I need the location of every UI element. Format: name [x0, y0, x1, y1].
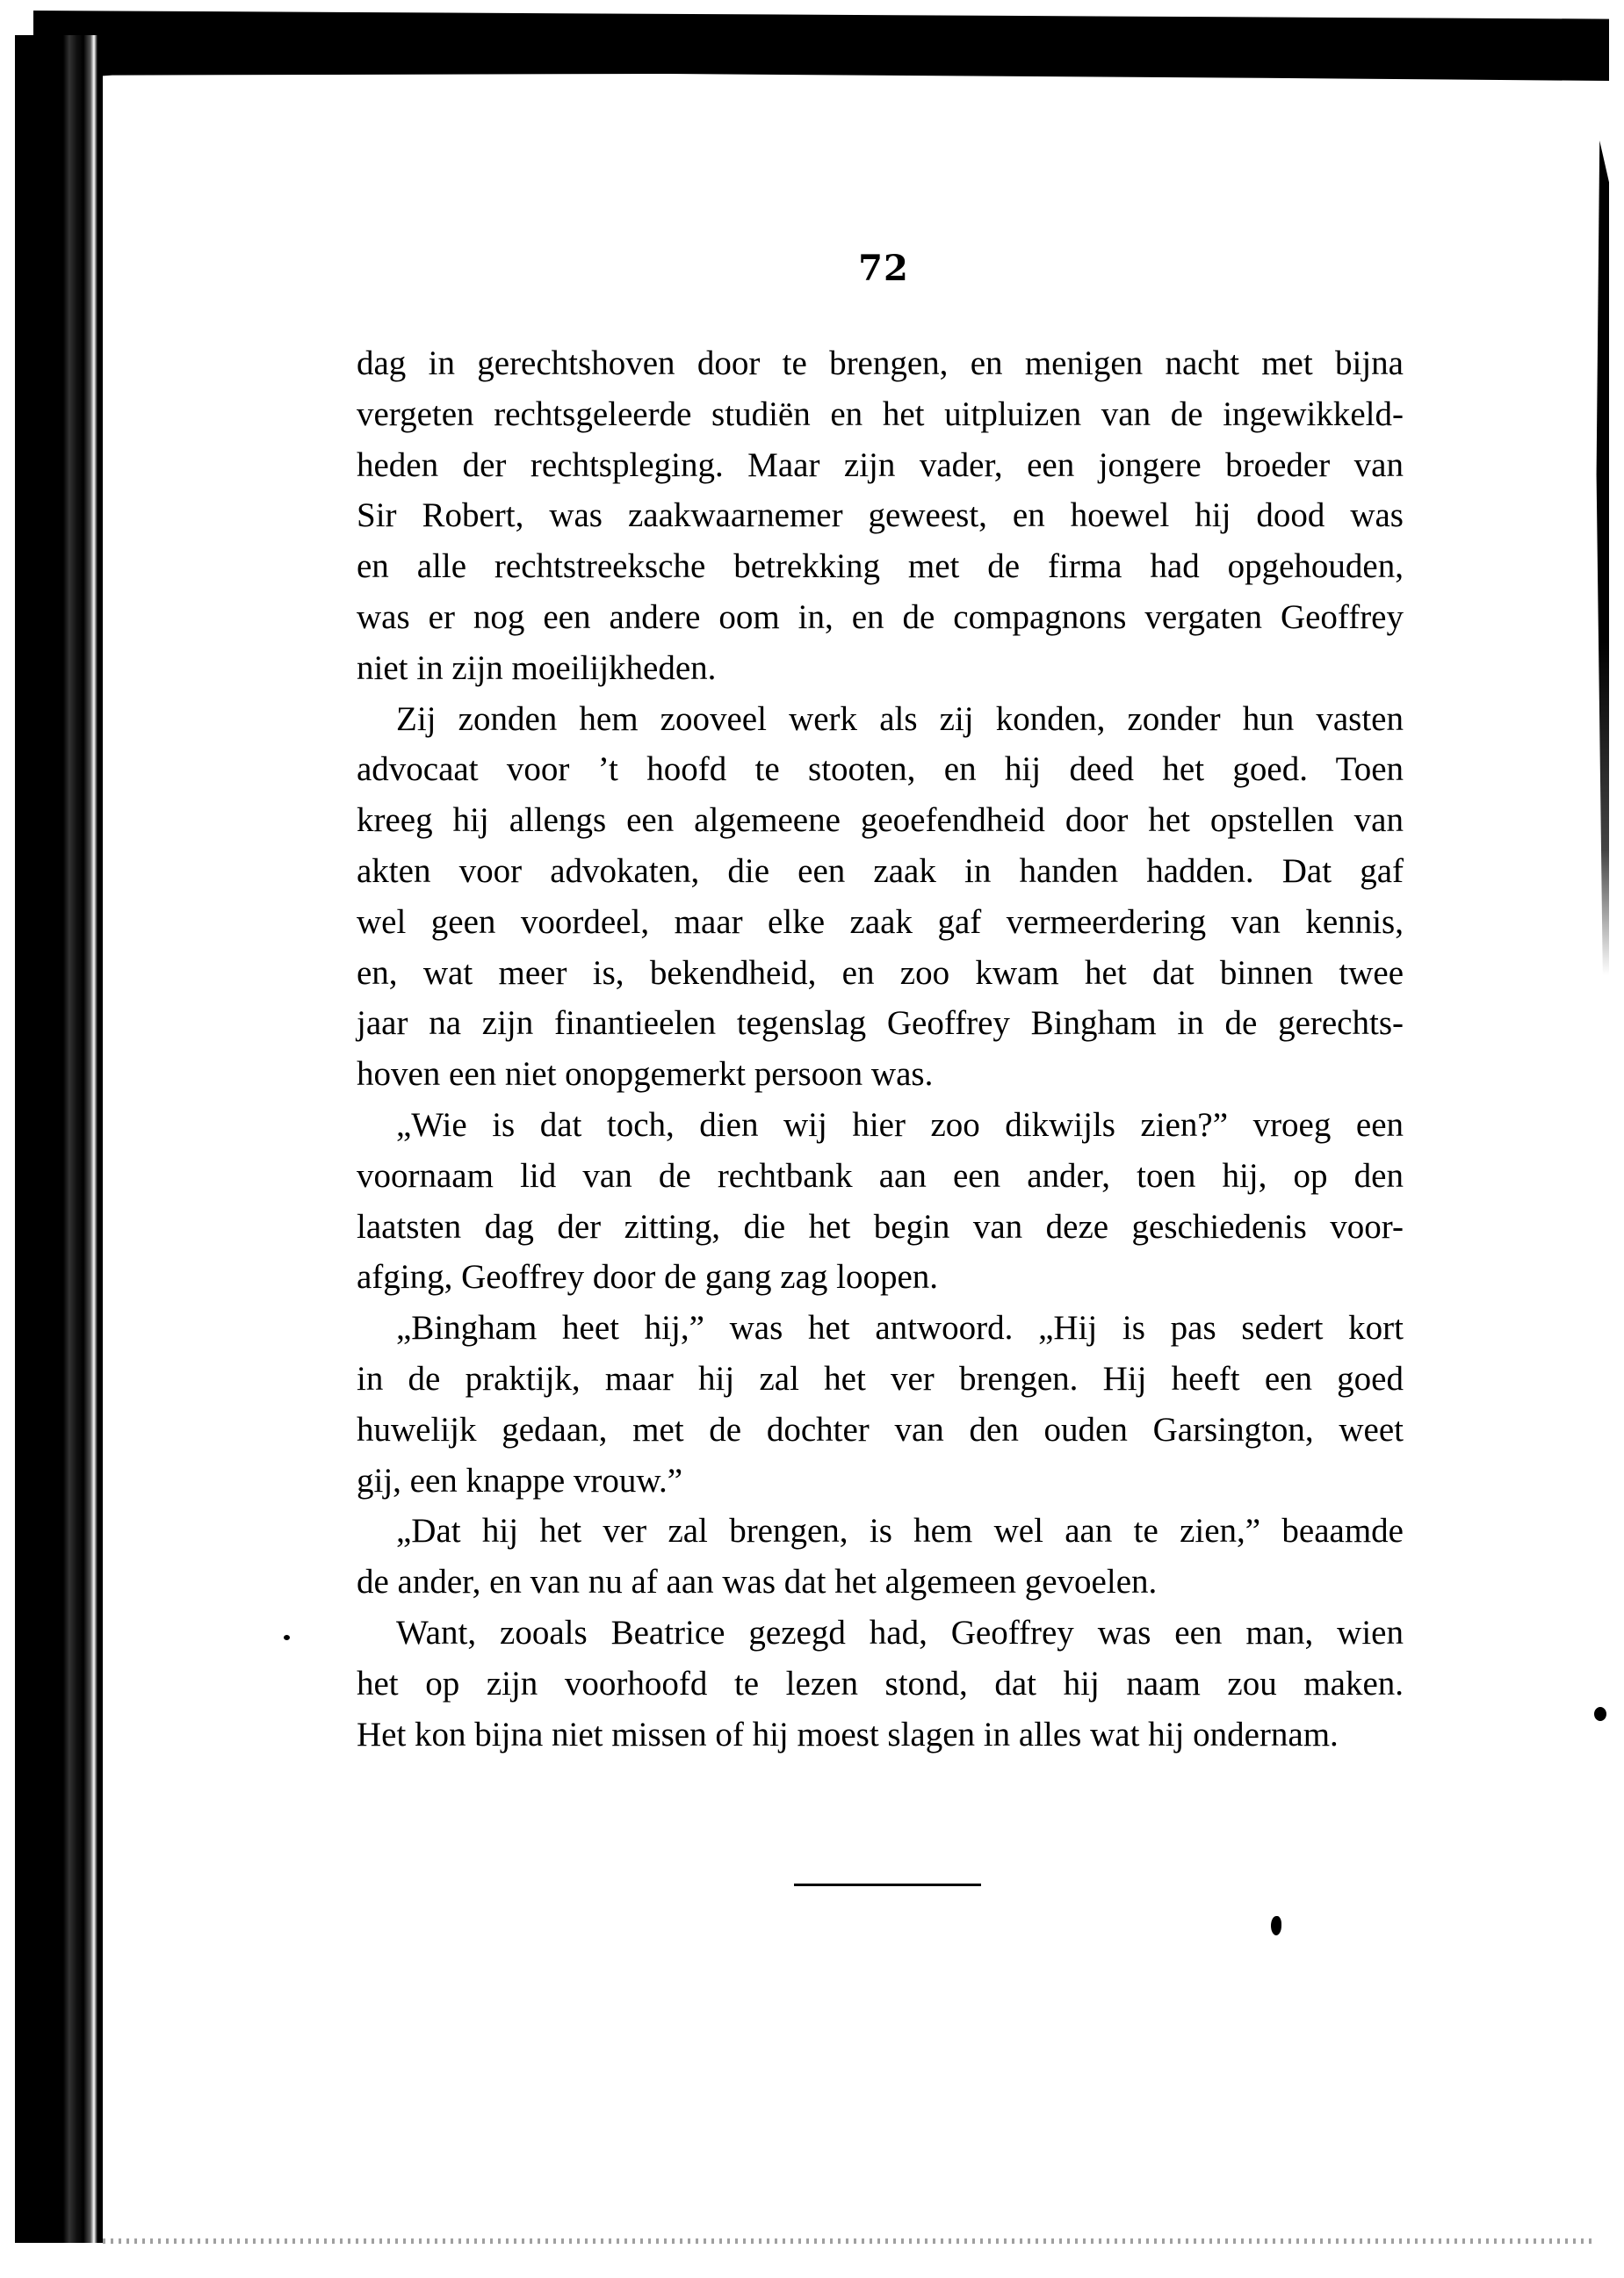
text-line: heden der rechtspleging. Maar zijn vader… — [357, 440, 1404, 491]
page-number: 72 — [0, 248, 1624, 289]
paragraph: „Bingham heet hij,” was het antwoord. „H… — [357, 1303, 1404, 1506]
ink-blot — [1594, 1707, 1606, 1721]
text-line: kreeg hij allengs een algemeene geoefend… — [357, 795, 1404, 846]
text-line: vergeten rechtsgeleerde studiën en het u… — [357, 389, 1404, 440]
text-line: en, wat meer is, bekendheid, en zoo kwam… — [357, 948, 1404, 999]
text-line: en alle rechtstreeksche betrekking met d… — [357, 541, 1404, 592]
scan-border-bottom — [103, 2238, 1596, 2244]
text-line: advocaat voor ’t hoofd te stooten, en hi… — [357, 744, 1404, 795]
paragraph: „Dat hij het ver zal brengen, is hem wel… — [357, 1506, 1404, 1608]
text-line: akten voor advokaten, die een zaak in ha… — [357, 846, 1404, 897]
text-line: het op zijn voorhoofd te lezen stond, da… — [357, 1659, 1404, 1710]
text-line: laatsten dag der zitting, die het begin … — [357, 1202, 1404, 1253]
text-line: jaar na zijn finantieelen tegenslag Geof… — [357, 998, 1404, 1049]
paragraph: dag in gerechtshoven door te brengen, en… — [357, 338, 1404, 694]
text-line: „Wie is dat toch, dien wij hier zoo dikw… — [357, 1100, 1404, 1151]
text-line: dag in gerechtshoven door te brengen, en… — [357, 338, 1404, 389]
body-text: dag in gerechtshoven door te brengen, en… — [357, 338, 1404, 1760]
text-line: gij, een knappe vrouw.” — [357, 1456, 1404, 1507]
scan-border-top — [33, 11, 1609, 81]
text-line: voornaam lid van de rechtbank aan een an… — [357, 1151, 1404, 1202]
text-line: „Bingham heet hij,” was het antwoord. „H… — [357, 1303, 1404, 1354]
text-line: afging, Geoffrey door de gang zag loopen… — [357, 1252, 1404, 1303]
ink-blot — [1271, 1916, 1281, 1935]
text-line: hoven een niet onopgemerkt persoon was. — [357, 1049, 1404, 1100]
text-line: „Dat hij het ver zal brengen, is hem wel… — [357, 1506, 1404, 1557]
text-line: huwelijk gedaan, met de dochter van den … — [357, 1405, 1404, 1456]
paragraph: Zij zonden hem zooveel werk als zij kond… — [357, 694, 1404, 1100]
section-end-rule — [794, 1884, 981, 1886]
text-line: in de praktijk, maar hij zal het ver bre… — [357, 1354, 1404, 1405]
text-line: Want, zooals Beatrice gezegd had, Geoffr… — [357, 1608, 1404, 1659]
text-line: was er nog een andere oom in, en de comp… — [357, 592, 1404, 643]
text-line: niet in zijn moeilijkheden. — [357, 643, 1404, 694]
text-line: Zij zonden hem zooveel werk als zij kond… — [357, 694, 1404, 745]
paragraph: Want, zooals Beatrice gezegd had, Geoffr… — [357, 1608, 1404, 1760]
paragraph: „Wie is dat toch, dien wij hier zoo dikw… — [357, 1100, 1404, 1303]
scan-border-left — [15, 35, 103, 2243]
ink-speck — [284, 1635, 290, 1640]
text-line: de ander, en van nu af aan was dat het a… — [357, 1557, 1404, 1608]
text-line: Het kon bijna niet missen of hij moest s… — [357, 1710, 1404, 1761]
text-line: wel geen voordeel, maar elke zaak gaf ve… — [357, 897, 1404, 948]
text-line: Sir Robert, was zaakwaarnemer geweest, e… — [357, 490, 1404, 541]
